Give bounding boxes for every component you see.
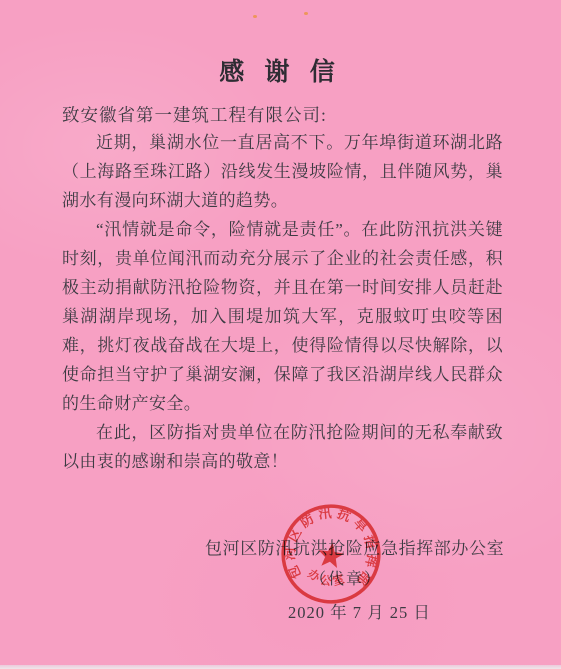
official-red-seal: 包河区防汛抗旱指挥部 办公室 [272, 495, 389, 612]
body-paragraph: 在此，区防指对贵单位在防汛抢险期间的无私奉献致以由衷的感谢和崇高的敬意！ [62, 418, 503, 476]
letter-salutation: 致安徽省第一建筑工程有限公司: [62, 102, 327, 127]
seal-bottom-text: 办公室 [305, 565, 351, 590]
body-paragraph: 近期，巢湖水位一直居高不下。万年埠街道环湖北路（上海路至珠江路）沿线发生漫坡险情… [62, 128, 503, 215]
letter-body: 近期，巢湖水位一直居高不下。万年埠街道环湖北路（上海路至珠江路）沿线发生漫坡险情… [62, 128, 503, 476]
letter-title: 感 谢 信 [0, 52, 561, 88]
scan-edge [0, 665, 561, 669]
paper-speck [253, 15, 257, 18]
body-paragraph: “汛情就是命令，险情就是责任”。在此防汛抗洪关键时刻，贵单位闻汛而动充分展示了企… [62, 215, 503, 418]
paper-speck [304, 12, 308, 15]
letter-page: 感 谢 信 致安徽省第一建筑工程有限公司: 近期，巢湖水位一直居高不下。万年埠街… [0, 0, 561, 669]
star-icon [316, 541, 345, 569]
